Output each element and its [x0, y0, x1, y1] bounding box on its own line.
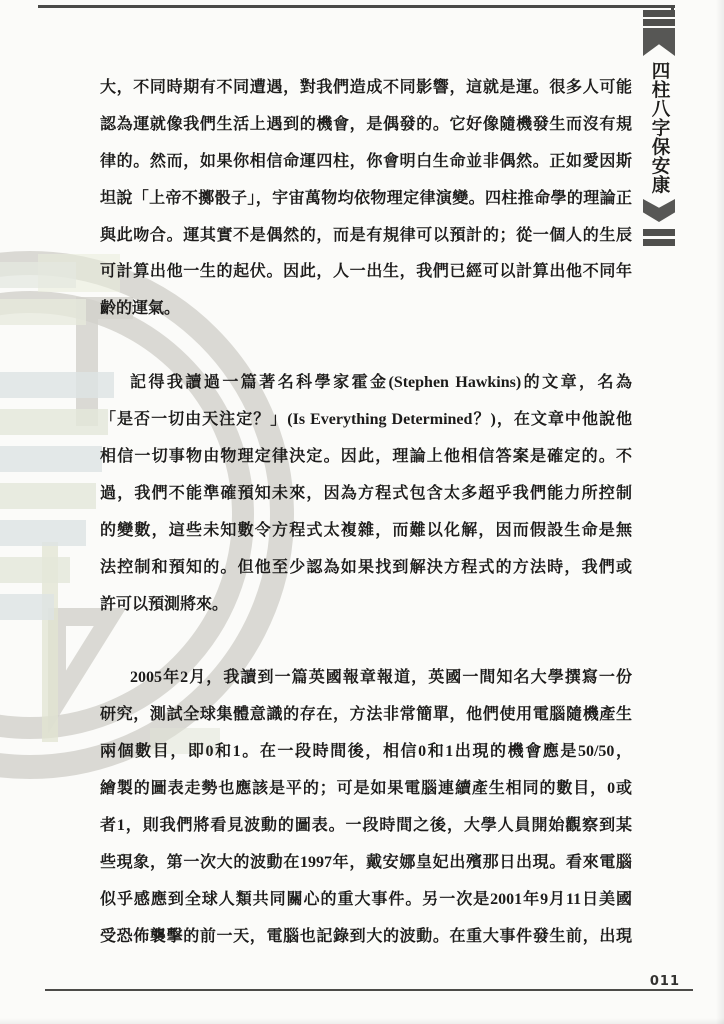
text-line: 與此吻合。運其實不是偶然的，而是有規律可以預計的；從一個人的生辰 — [100, 218, 632, 255]
watermark-bar — [0, 483, 96, 509]
paragraph-2: 記得我讀過一篇著名科學家霍金(Stephen Hawkins)的文章，名為 「是… — [100, 365, 632, 623]
text-line: 可計算出他一生的起伏。因此，人一出生，我們已經可以計算出他不同年 — [100, 254, 632, 291]
watermark-bar — [0, 520, 86, 546]
paragraph-1: 大，不同時期有不同遭遇，對我們造成不同影響，這就是運。很多人可能 認為運就像我們… — [100, 70, 632, 328]
book-title-vertical: 四柱八字保安康 — [643, 56, 675, 199]
text-line: 2005年2月，我讀到一篇英國報章報道，英國一間知名大學撰寫一份 — [100, 660, 632, 697]
body-text: 大，不同時期有不同遭遇，對我們造成不同影響，這就是運。很多人可能 認為運就像我們… — [100, 70, 632, 956]
chevron-down-icon — [643, 199, 675, 222]
ribbon-pennant-icon — [643, 28, 675, 56]
banner-bar-icon — [643, 239, 675, 246]
text-line: 記得我讀過一篇著名科學家霍金(Stephen Hawkins)的文章，名為 — [100, 365, 632, 402]
banner-bar-icon — [643, 229, 675, 236]
watermark-bar — [0, 409, 108, 435]
text-line: 受恐佈襲擊的前一天，電腦也記錄到大的波動。在重大事件發生前，出現 — [100, 919, 632, 956]
page-number: 011 — [646, 974, 680, 989]
text-line: 許可以預測將來。 — [100, 587, 632, 624]
text-line: 坦說「上帝不擲骰子」，宇宙萬物均依物理定律演變。四柱推命學的理論正 — [100, 181, 632, 218]
text-line: 認為運就像我們生活上遇到的機會，是偶發的。它好像隨機發生而沒有規 — [100, 107, 632, 144]
scan-edge-shadow-right — [716, 0, 724, 1024]
paragraph-3: 2005年2月，我讀到一篇英國報章報道，英國一間知名大學撰寫一份 研究，測試全球… — [100, 660, 632, 955]
watermark-bar — [0, 372, 114, 398]
text-line: 相信一切事物由物理定律決定。因此，理論上他相信答案是確定的。不 — [100, 439, 632, 476]
scan-edge-shadow-bottom — [0, 1018, 724, 1024]
text-line: 研究，測試全球集體意識的存在，方法非常簡單，他們使用電腦隨機產生 — [100, 697, 632, 734]
watermark-bar — [0, 299, 86, 325]
watermark-bar — [0, 557, 70, 583]
text-line: 過，我們不能準確預知未來，因為方程式包含太多超乎我們能力所控制 — [100, 476, 632, 513]
footer-rule — [45, 989, 693, 991]
text-line: 似乎感應到全球人類共同關心的重大事件。另一次是2001年9月11日美國 — [100, 882, 632, 919]
watermark-bar — [0, 446, 102, 472]
top-rule — [38, 5, 675, 8]
text-line: 律的。然而，如果你相信命運四柱，你會明白生命並非偶然。正如愛因斯 — [100, 144, 632, 181]
text-line: 者1，則我們將看見波動的圖表。一段時間之後，大學人員開始觀察到某 — [100, 808, 632, 845]
banner-bar-icon — [643, 10, 675, 17]
text-line: 兩個數目，即0和1。在一段時間後，相信0和1出現的機會應是50/50， — [100, 734, 632, 771]
book-page: 四柱八字保安康 大，不同時期有不同遭遇，對我們造成不同影響，這就是運。很多人可能… — [0, 0, 724, 1024]
text-line: 繪製的圖表走勢也應該是平的；可是如果電腦連續產生相同的數目，0或 — [100, 771, 632, 808]
text-line: 「是否一切由天注定？」(Is Everything Determined？)，在… — [100, 402, 632, 439]
banner-bar-icon — [643, 19, 675, 26]
watermark-bar — [0, 262, 76, 288]
text-line: 齡的運氣。 — [100, 291, 632, 328]
text-line: 些現象，第一次大的波動在1997年，戴安娜皇妃出殯那日出現。看來電腦 — [100, 845, 632, 882]
text-line: 法控制和預知的。但他至少認為如果找到解決方程式的方法時，我們或 — [100, 550, 632, 587]
watermark-bar — [0, 594, 54, 620]
text-line: 大，不同時期有不同遭遇，對我們造成不同影響，這就是運。很多人可能 — [100, 70, 632, 107]
text-line: 的變數，這些未知數令方程式太複雜，而難以化解，因而假設生命是無 — [100, 513, 632, 550]
